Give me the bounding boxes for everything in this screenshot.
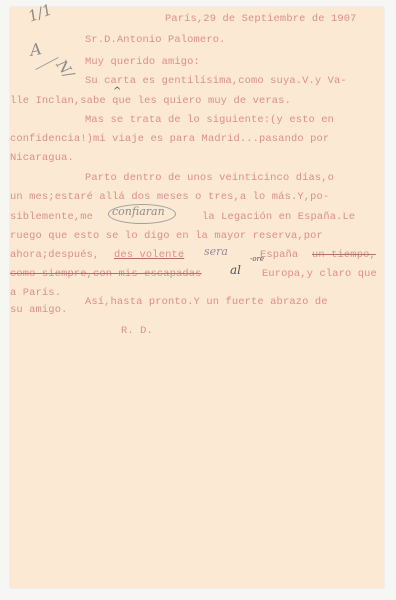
body-line-6: Parto dentro de unos veinticinco días,o <box>85 172 334 184</box>
body-line-9: ruego que esto se lo digo en la mayor re… <box>10 230 323 242</box>
body-line-7: un mes;estaré allá dos meses o tres,a lo… <box>10 191 329 203</box>
body-line-8b: la Legación en España.Le <box>202 211 355 223</box>
superscript-note: -ore <box>250 255 264 263</box>
body-line-10d: España <box>260 249 298 261</box>
body-line-10b: des volente <box>114 249 184 261</box>
caret-mark: ^ <box>113 86 121 97</box>
pencil-mark-a: A <box>28 39 43 60</box>
body-line-12: a París. <box>10 287 61 299</box>
signature-initials: R. D. <box>121 325 153 337</box>
struck-como-siempre: como siempre,con mis escapadas <box>10 268 202 280</box>
circled-word: confiaran <box>112 205 165 218</box>
body-line-5: Nicaragua. <box>10 152 74 164</box>
inserted-al: al <box>230 263 241 277</box>
closing-line: Así,hasta pronto.Y un fuerte abrazo de <box>85 296 328 308</box>
greeting-line: Muy querido amigo: <box>85 56 200 68</box>
body-line-2: lle Inclan,sabe que les quiero muy de ve… <box>10 95 291 107</box>
body-line-10e: un tiempo, <box>312 249 376 261</box>
inserted-sera: sera <box>204 245 228 258</box>
body-line-3: Mas se trata de lo siguiente:(y esto en <box>85 114 334 126</box>
body-line-10a: ahora;después, <box>10 249 99 261</box>
recipient-line: Sr.D.Antonio Palomero. <box>85 34 225 46</box>
body-line-8a: siblemente,me <box>10 211 93 223</box>
body-line-4: confidencia!)mi viaje es para Madrid...p… <box>10 133 329 145</box>
body-line-11a: como siempre,con mis escapadas <box>10 268 202 280</box>
body-line-1: Su carta es gentilísima,como suya.V.y Va… <box>85 75 347 87</box>
closing-line-2: su amigo. <box>10 304 67 316</box>
date-line: París,29 de Septiembre de 1907 <box>165 13 357 25</box>
body-line-11b: Europa,y claro que <box>262 268 377 280</box>
body-line-10c: . <box>179 249 192 261</box>
